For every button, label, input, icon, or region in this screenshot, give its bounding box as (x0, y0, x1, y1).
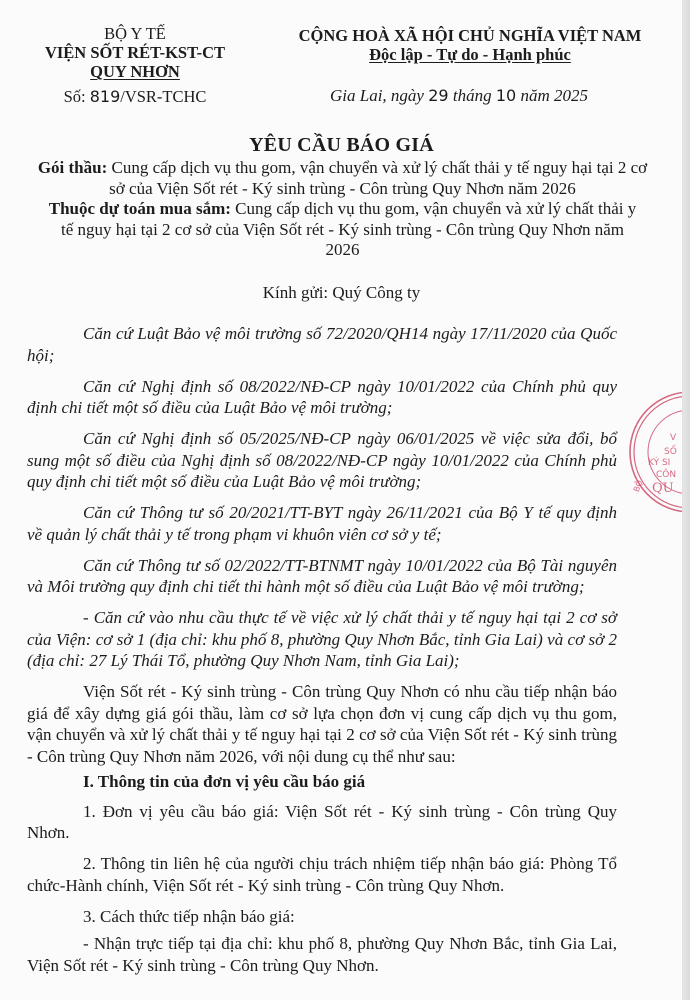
legal-basis: Căn cứ Nghị định số 05/2025/NĐ-CP ngày 0… (27, 428, 617, 493)
svg-text:QU: QU (652, 481, 674, 496)
estimate-line: Thuộc dự toán mua sắm: Cung cấp dịch vụ … (30, 199, 655, 261)
legal-basis: Căn cứ Thông tư số 20/2021/TT-BYT ngày 2… (27, 502, 617, 545)
country-name: CỘNG HOÀ XÃ HỘI CHỦ NGHĨA VIỆT NAM (270, 26, 670, 45)
section-item: 2. Thông tin liên hệ của người chịu trác… (27, 853, 617, 896)
handwritten-day: 29 (428, 86, 448, 105)
page-edge-shadow (682, 0, 690, 1000)
national-motto: Độc lập - Tự do - Hạnh phúc (369, 45, 571, 64)
section-heading: I. Thông tin của đơn vị yêu cầu báo giá (27, 771, 617, 793)
issuer-header: BỘ Y TẾ VIỆN SỐT RÉT-KST-CT QUY NHƠN Số:… (20, 24, 250, 106)
handwritten-month: 10 (496, 86, 516, 105)
svg-text:KÝ SI: KÝ SI (648, 456, 670, 468)
legal-basis: - Căn cứ vào nhu cầu thực tế về việc xử … (27, 607, 617, 672)
greeting: Kính gửi: Quý Công ty (0, 283, 683, 303)
document-date: Gia Lai, ngày 29 tháng 10 năm 2025 (330, 86, 588, 106)
document-number: Số: 819/VSR-TCHC (20, 87, 250, 106)
legal-basis: Căn cứ Nghị định số 08/2022/NĐ-CP ngày 1… (27, 376, 617, 419)
document-title: YÊU CẦU BÁO GIÁ (0, 134, 683, 157)
svg-text:SỐ: SỐ (664, 444, 677, 457)
document-page: BỘ Y TẾ VIỆN SỐT RÉT-KST-CT QUY NHƠN Số:… (0, 0, 683, 1000)
legal-basis: Căn cứ Luật Bảo vệ môi trường số 72/2020… (27, 323, 617, 366)
section-item: - Nhận trực tiếp tại địa chỉ: khu phố 8,… (27, 933, 617, 976)
institute-city: QUY NHƠN (90, 62, 180, 81)
intro-paragraph: Viện Sốt rét - Ký sinh trùng - Côn trùng… (27, 681, 617, 767)
svg-text:V: V (670, 433, 677, 443)
package-line: Gói thầu: Cung cấp dịch vụ thu gom, vận … (30, 158, 655, 199)
section-item: 3. Cách thức tiếp nhận báo giá: (27, 906, 617, 928)
national-header: CỘNG HOÀ XÃ HỘI CHỦ NGHĨA VIỆT NAM Độc l… (270, 26, 670, 64)
svg-text:CÔN: CÔN (656, 468, 676, 480)
legal-basis: Căn cứ Thông tư số 02/2022/TT-BTNMT ngày… (27, 555, 617, 598)
document-body: Căn cứ Luật Bảo vệ môi trường số 72/2020… (27, 323, 617, 986)
red-seal-stamp: V SỐ KÝ SI CÔN QU BỘ (620, 390, 690, 520)
ministry-name: BỘ Y TẾ (20, 24, 250, 43)
section-item: 1. Đơn vị yêu cầu báo giá: Viện Sốt rét … (27, 801, 617, 844)
handwritten-number: 819 (90, 87, 121, 106)
institute-name: VIỆN SỐT RÉT-KST-CT (20, 43, 250, 62)
subject-block: Gói thầu: Cung cấp dịch vụ thu gom, vận … (30, 158, 655, 261)
